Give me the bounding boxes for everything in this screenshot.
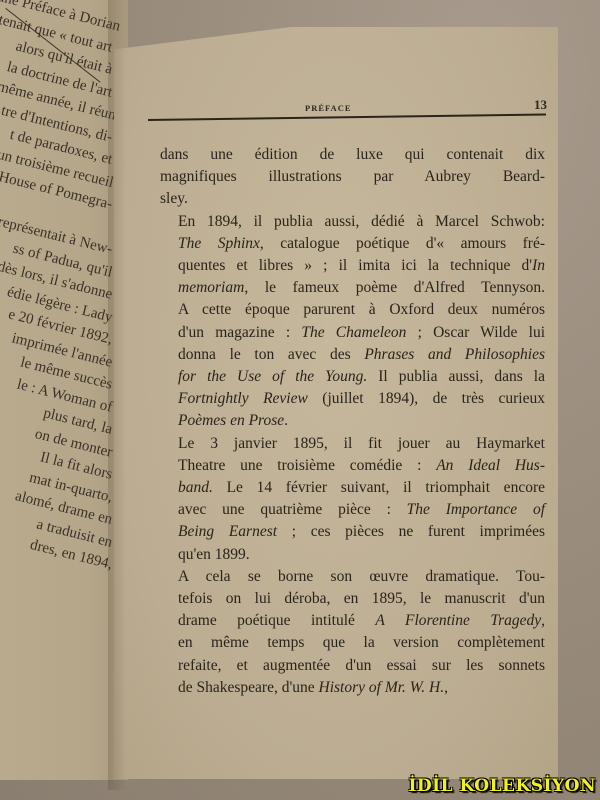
text-line: donna le ton avec des Phrases and Philos… bbox=[160, 344, 545, 366]
text-line: de Shakespeare, d'une History of Mr. W. … bbox=[160, 677, 545, 699]
paragraph-4: A cela se borne son œuvre dramatique. To… bbox=[160, 566, 545, 699]
page-body: dans une édition de luxe qui contenait d… bbox=[160, 144, 545, 699]
text-line: quentes et libres » ; il imita ici la te… bbox=[160, 255, 545, 277]
text-line: sley. bbox=[160, 188, 545, 210]
text-line: drame poétique intitulé A Florentine Tra… bbox=[160, 610, 545, 632]
text-line: Theatre une troisième comédie : An Ideal… bbox=[160, 455, 545, 477]
text-line: qu'en 1899. bbox=[160, 544, 545, 566]
text-line: A cette époque parurent à Oxford deux nu… bbox=[160, 299, 545, 321]
text-line: d'un magazine : The Chameleon ; Oscar Wi… bbox=[160, 322, 545, 344]
text-line: tefois on lui déroba, en 1895, le manusc… bbox=[160, 588, 545, 610]
text-line: Fortnightly Review (juillet 1894), de tr… bbox=[160, 388, 545, 410]
text-line: Poèmes en Prose. bbox=[160, 410, 545, 432]
text-line: magnifiques illustrations par Aubrey Bea… bbox=[160, 166, 545, 188]
text-line: for the Use of the Young. Il publia auss… bbox=[160, 366, 545, 388]
text-line: refaite, et augmentée d'un essai sur les… bbox=[160, 655, 545, 677]
text-line: dans une édition de luxe qui contenait d… bbox=[160, 144, 545, 166]
book-gutter-shadow bbox=[108, 0, 126, 790]
text-line: Being Earnest ; ces pièces ne furent imp… bbox=[160, 521, 545, 543]
text-line: Le 3 janvier 1895, il fit jouer au Hayma… bbox=[160, 433, 545, 455]
page-number: 13 bbox=[534, 97, 547, 113]
text-line: memoriam, le fameux poème d'Alfred Tenny… bbox=[160, 277, 545, 299]
text-line: A cela se borne son œuvre dramatique. To… bbox=[160, 566, 545, 588]
paragraph-3: Le 3 janvier 1895, il fit jouer au Hayma… bbox=[160, 433, 545, 566]
watermark-logo: İDİL KOLEKSİYON bbox=[408, 776, 596, 796]
paragraph-1: dans une édition de luxe qui contenait d… bbox=[160, 144, 545, 211]
text-line: The Sphinx, catalogue poétique d'« amour… bbox=[160, 233, 545, 255]
text-line: band. Le 14 février suivant, il triompha… bbox=[160, 477, 545, 499]
running-title: PRÉFACE bbox=[305, 103, 352, 113]
text-line: avec une quatrième pièce : The Importanc… bbox=[160, 499, 545, 521]
text-line: En 1894, il publia aussi, dédié à Marcel… bbox=[160, 211, 545, 233]
left-page-text: une Préface à Dorian tenait que « tout a… bbox=[0, 14, 112, 577]
text-line: en même temps que la version complètemen… bbox=[160, 632, 545, 654]
paragraph-2: En 1894, il publia aussi, dédié à Marcel… bbox=[160, 211, 545, 433]
